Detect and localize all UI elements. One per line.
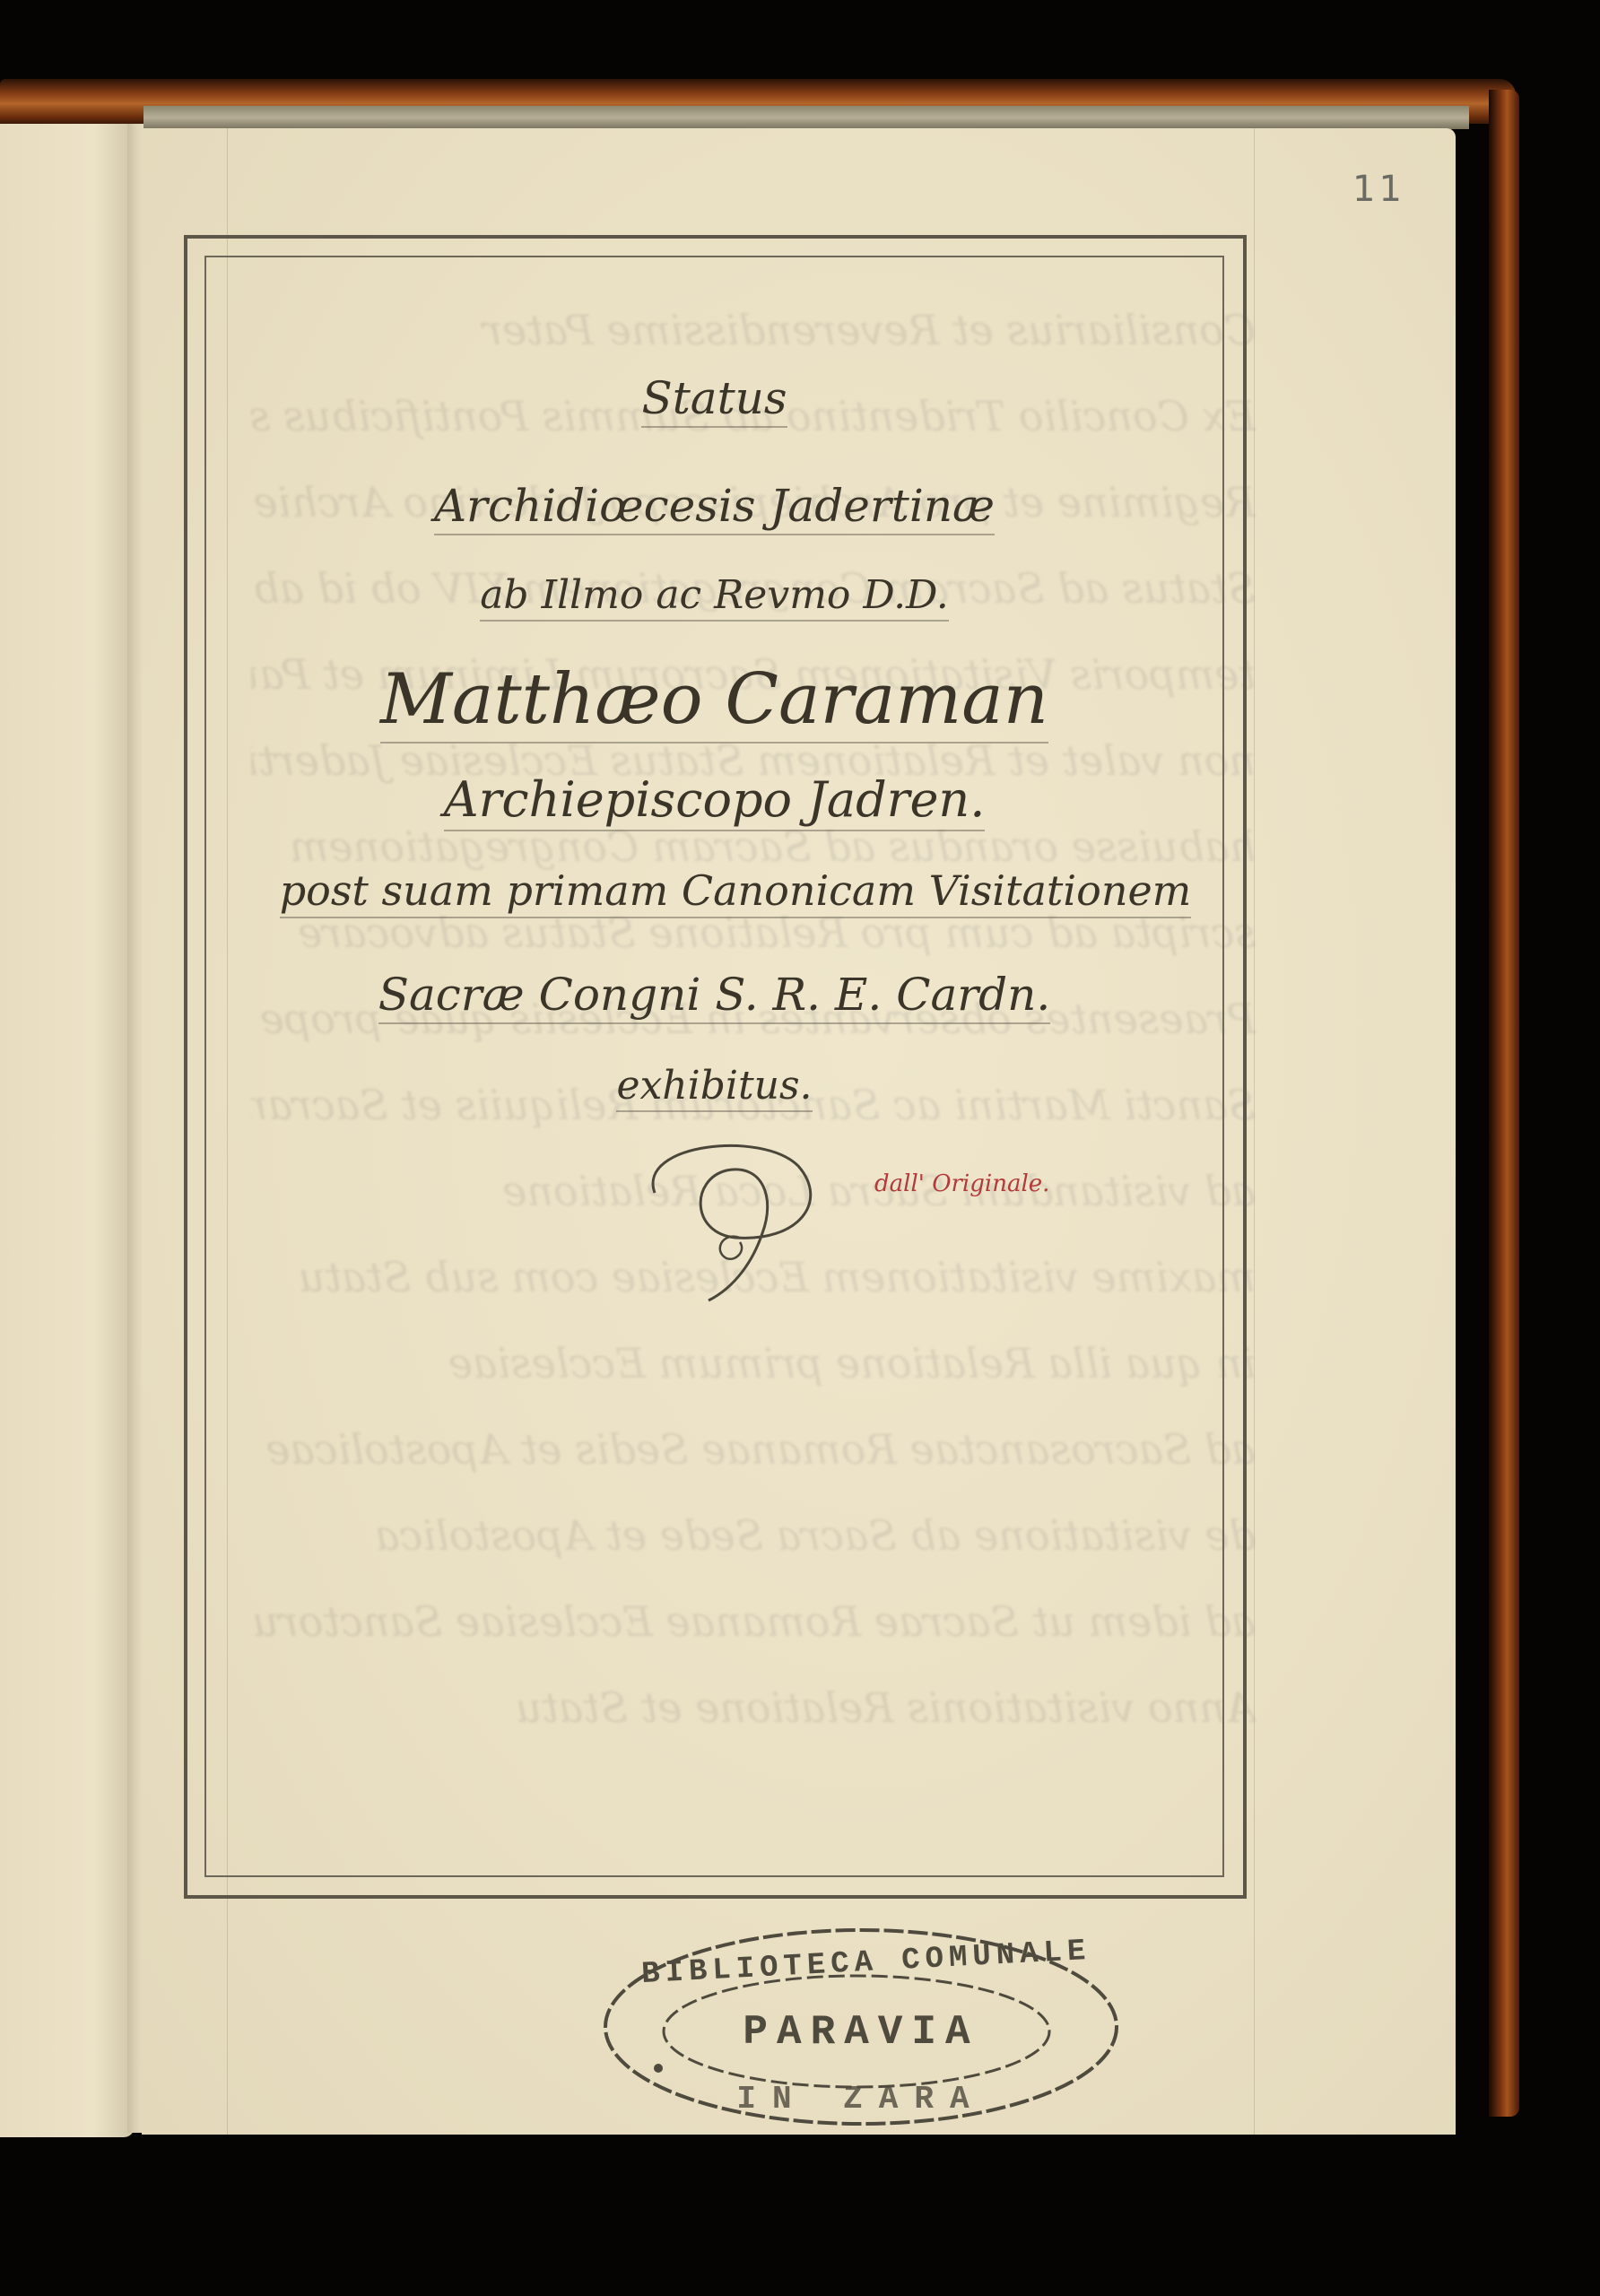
facing-page-left <box>0 124 135 2137</box>
title-text: exhibitus. <box>616 1063 812 1112</box>
title-line-honorific: ab Illmo ac Revmo D.D. <box>204 572 1224 618</box>
title-line-author-office: Archiepiscopo Jadren. <box>204 771 1224 828</box>
title-text: Status <box>641 372 787 428</box>
title-text: Archidiœcesis Jadertinæ <box>434 480 995 535</box>
stamp-center-text: PARAVIA <box>592 2009 1130 2056</box>
title-line-visitation: post suam primam Canonicam Visitationem <box>269 866 1202 915</box>
title-line-exhibitus: exhibitus. <box>204 1063 1224 1109</box>
title-line-author-name: Matthæo Caraman <box>204 659 1224 740</box>
title-text: ab Illmo ac Revmo D.D. <box>480 572 949 622</box>
title-text: Sacræ Congni S. R. E. Cardn. <box>378 969 1051 1024</box>
title-line-status: Status <box>204 372 1224 424</box>
title-text: Matthæo Caraman <box>380 659 1048 744</box>
library-stamp: BIBLIOTECA COMUNALE PARAVIA IN ZARA <box>592 1919 1130 2135</box>
folio-number: 11 <box>1352 169 1405 210</box>
page-block-edges <box>143 106 1469 129</box>
title-line-congregation: Sacræ Congni S. R. E. Cardn. <box>204 969 1224 1021</box>
stamp-bottom-text: IN ZARA <box>592 2081 1130 2118</box>
leather-binding-right <box>1489 90 1519 2117</box>
calligraphic-flourish-icon <box>628 1126 825 1305</box>
ruling-line-right <box>1254 128 1255 2135</box>
title-text: Archiepiscopo Jadren. <box>444 771 986 831</box>
title-line-archdiocese: Archidiœcesis Jadertinæ <box>204 480 1224 532</box>
title-text: post suam primam Canonicam Visitationem <box>280 866 1192 918</box>
marginal-note-red: dall' Originale. <box>874 1170 1049 1197</box>
